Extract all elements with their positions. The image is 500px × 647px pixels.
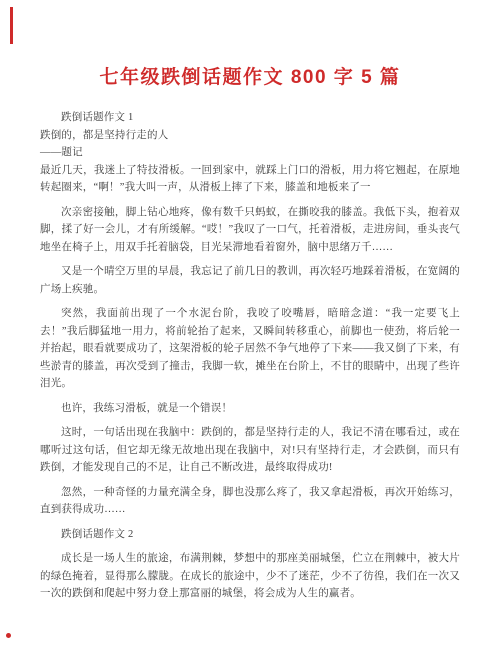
essay-paragraph: 次亲密接触，脚上钻心地疼，像有数千只蚂蚁，在撕咬我的膝盖。我低下头，抱着双脚，揉… xyxy=(40,204,460,257)
page-title: 七年级跌倒话题作文 800 字 5 篇 xyxy=(0,0,500,89)
essay-body: 跌倒话题作文 1跌倒的，都是坚持行走的人——题记最近几天，我迷上了特技滑板。一回… xyxy=(40,109,460,603)
red-dot-decoration xyxy=(6,633,11,638)
essay-paragraph: 最近几天，我迷上了特技滑板。一回到家中，就踩上门口的滑板，用力将它翘起，在原地转… xyxy=(40,162,460,197)
essay-paragraph: 跌倒话题作文 1 xyxy=(40,109,460,127)
essay-paragraph: 也许，我练习滑板，就是一个错误！ xyxy=(40,400,460,418)
red-line-decoration xyxy=(10,7,13,44)
essay-paragraph: 跌倒话题作文 2 xyxy=(40,526,460,544)
essay-paragraph: 突然，我面前出现了一个水泥台阶，我咬了咬嘴唇，暗暗念道：“我一定要飞上去！”我后… xyxy=(40,305,460,393)
essay-paragraph: 成长是一场人生的旅途，布满荆棘，梦想中的那座美丽城堡，伫立在荆棘中，被大片的绿色… xyxy=(40,550,460,603)
essay-paragraph: 忽然，一种奇怪的力量充满全身，脚也没那么疼了，我又拿起滑板，再次开始练习，直到获… xyxy=(40,484,460,519)
document-page: 七年级跌倒话题作文 800 字 5 篇 跌倒话题作文 1跌倒的，都是坚持行走的人… xyxy=(0,0,500,647)
essay-paragraph: ——题记 xyxy=(40,144,460,162)
essay-paragraph: 又是一个晴空万里的早晨，我忘记了前几日的教训，再次轻巧地踩着滑板，在宽阔的广场上… xyxy=(40,263,460,298)
essay-paragraph: 这时，一句话出现在我脑中：跌倒的，都是坚持行走的人，我记不清在哪看过，或在哪听过… xyxy=(40,424,460,477)
essay-paragraph: 跌倒的，都是坚持行走的人 xyxy=(40,127,460,145)
